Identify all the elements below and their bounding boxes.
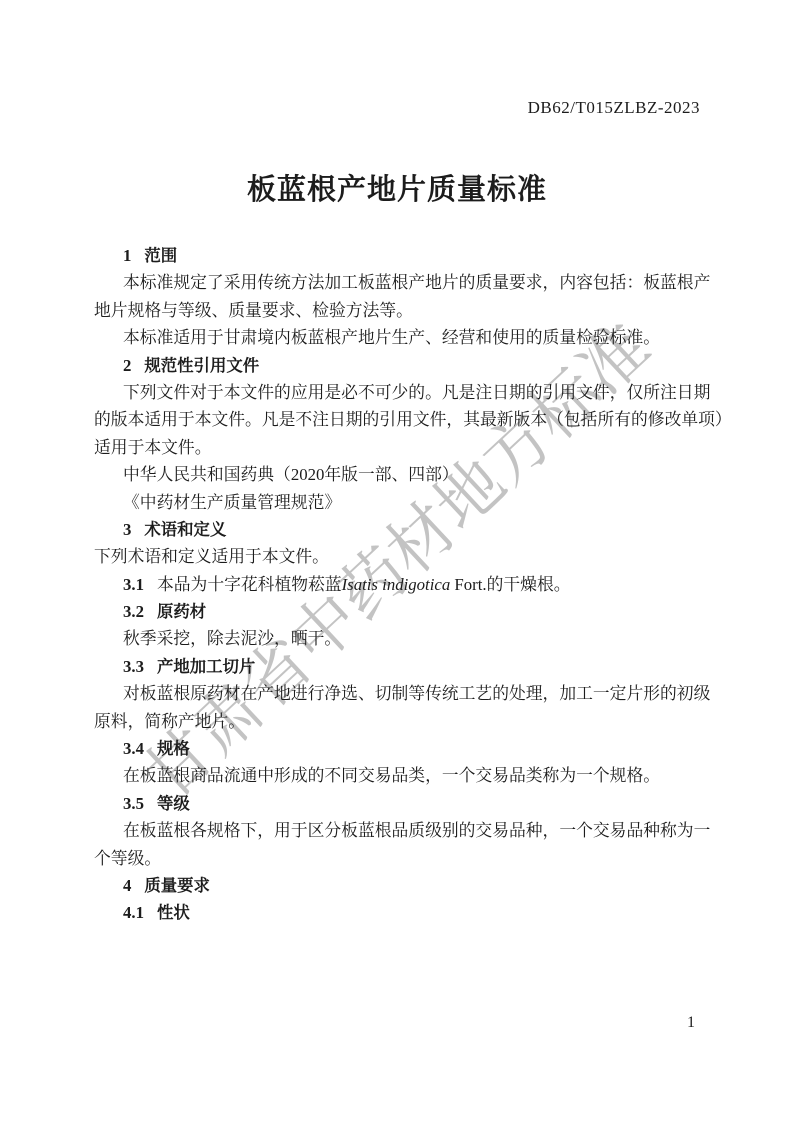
text-segment: 在板蓝根各规格下，用于区分板蓝根品质级别的交易品种，一个交易品种称为一 [123, 821, 710, 840]
text-line: 中华人民共和国药典（2020年版一部、四部） [94, 461, 700, 488]
clause-number: 3.1 [123, 575, 144, 594]
text-segment: 中华人民共和国药典（2020年版一部、四部） [123, 465, 459, 484]
text-segment: 本标准适用于甘肃境内板蓝根产地片生产、经营和使用的质量检验标准。 [123, 328, 660, 347]
section-heading: 4质量要求 [94, 872, 700, 899]
text-line: 个等级。 [94, 845, 700, 872]
text-segment: 产地加工切片 [157, 658, 255, 676]
text-line: 本标准适用于甘肃境内板蓝根产地片生产、经营和使用的质量检验标准。 [94, 324, 700, 351]
text-segment: 等级 [157, 795, 190, 813]
text-segment: 本标准规定了采用传统方法加工板蓝根产地片的质量要求，内容包括：板蓝根产 [123, 273, 710, 292]
text-segment: 下列文件对于本文件的应用是必不可少的。凡是注日期的引用文件，仅所注日期 [123, 383, 710, 402]
text-line: 下列文件对于本文件的应用是必不可少的。凡是注日期的引用文件，仅所注日期 [94, 379, 700, 406]
text-segment: 在板蓝根商品流通中形成的不同交易品类，一个交易品类称为一个规格。 [123, 766, 660, 785]
clause-number: 3.5 [123, 794, 144, 813]
section-heading: 3.4规格 [94, 735, 700, 762]
text-line: 3.1本品为十字花科植物菘蓝Isatis indigotica Fort.的干燥… [94, 571, 700, 598]
text-line: 本标准规定了采用传统方法加工板蓝根产地片的质量要求，内容包括：板蓝根产 [94, 269, 700, 296]
text-line: 原料，简称产地片。 [94, 708, 700, 735]
section-heading: 1范围 [94, 242, 700, 269]
document-body: 1范围本标准规定了采用传统方法加工板蓝根产地片的质量要求，内容包括：板蓝根产地片… [94, 242, 700, 927]
text-segment: Isatis indigotica [342, 575, 451, 594]
text-segment: 原药材 [157, 603, 206, 621]
text-segment: 术语和定义 [144, 521, 226, 539]
section-heading: 2规范性引用文件 [94, 352, 700, 379]
text-segment: 规范性引用文件 [144, 357, 259, 375]
text-segment: 范围 [144, 247, 177, 265]
text-line: 在板蓝根商品流通中形成的不同交易品类，一个交易品类称为一个规格。 [94, 762, 700, 789]
text-segment: Fort. [450, 575, 486, 594]
clause-number: 1 [123, 246, 131, 265]
text-segment: 《中药材生产质量管理规范》 [123, 493, 341, 512]
text-line: 在板蓝根各规格下，用于区分板蓝根品质级别的交易品种，一个交易品种称为一 [94, 817, 700, 844]
text-segment: 性状 [157, 904, 190, 922]
text-line: 适用于本文件。 [94, 434, 700, 461]
text-segment: 地片规格与等级、质量要求、检验方法等。 [94, 301, 413, 320]
text-line: 地片规格与等级、质量要求、检验方法等。 [94, 297, 700, 324]
text-segment: 质量要求 [144, 877, 210, 895]
clause-number: 4 [123, 876, 131, 895]
text-segment: 适用于本文件。 [94, 438, 211, 457]
text-segment: 规格 [157, 740, 190, 758]
text-segment: 个等级。 [94, 849, 161, 868]
section-heading: 3术语和定义 [94, 516, 700, 543]
clause-number: 2 [123, 356, 131, 375]
clause-number: 3 [123, 520, 131, 539]
text-segment: 对板蓝根原药材在产地进行净选、切制等传统工艺的处理，加工一定片形的初级 [123, 684, 710, 703]
text-line: 秋季采挖，除去泥沙，晒干。 [94, 625, 700, 652]
doc-code: DB62/T015ZLBZ-2023 [528, 98, 700, 118]
text-line: 《中药材生产质量管理规范》 [94, 489, 700, 516]
text-segment: 的干燥根。 [487, 575, 571, 594]
document-page: DB62/T015ZLBZ-2023 板蓝根产地片质量标准 甘肃省中药材地方标准… [0, 0, 794, 1123]
clause-number: 3.3 [123, 657, 144, 676]
clause-number: 3.4 [123, 739, 144, 758]
clause-number: 3.2 [123, 602, 144, 621]
text-segment: 下列术语和定义适用于本文件。 [94, 547, 329, 566]
text-segment: 本品为十字花科植物菘蓝 [157, 575, 342, 594]
section-heading: 3.3产地加工切片 [94, 653, 700, 680]
clause-number: 4.1 [123, 903, 144, 922]
page-number: 1 [687, 1014, 695, 1032]
section-heading: 3.2原药材 [94, 598, 700, 625]
text-segment: 的版本适用于本文件。凡是不注日期的引用文件，其最新版本（包括所有的修改单项） [94, 410, 732, 429]
page-title: 板蓝根产地片质量标准 [0, 167, 794, 208]
text-line: 下列术语和定义适用于本文件。 [94, 543, 700, 570]
section-heading: 3.5等级 [94, 790, 700, 817]
text-segment: 原料，简称产地片。 [94, 712, 245, 731]
text-line: 的版本适用于本文件。凡是不注日期的引用文件，其最新版本（包括所有的修改单项） [94, 406, 700, 433]
text-segment: 秋季采挖，除去泥沙，晒干。 [123, 629, 341, 648]
section-heading: 4.1性状 [94, 899, 700, 926]
text-line: 对板蓝根原药材在产地进行净选、切制等传统工艺的处理，加工一定片形的初级 [94, 680, 700, 707]
